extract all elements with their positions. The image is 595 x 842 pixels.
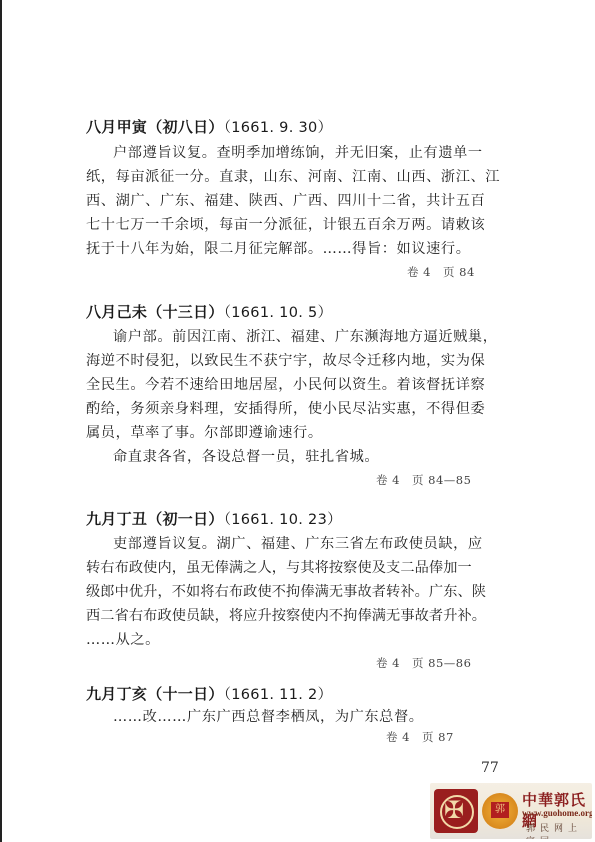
entry-heading: 八月己未（十三日）（1661. 10. 5） xyxy=(86,301,332,322)
entry-heading: 九月丁亥（十一日）（1661. 11. 2） xyxy=(86,683,332,704)
entry-line: 转右布政使内，虽无俸满之人，与其将按察使及支二品俸加一 xyxy=(86,557,472,577)
entry-line: 全民生。今若不速给田地居屋，小民何以资生。着该督抚详察 xyxy=(86,374,485,394)
watermark-url: www.guohome.org xyxy=(522,808,592,818)
entry-heading: 九月丁丑（初一日）（1661. 10. 23） xyxy=(86,508,342,529)
entry-heading: 八月甲寅（初八日）（1661. 9. 30） xyxy=(86,116,332,137)
entry-heading-date: （1661. 11. 2） xyxy=(224,687,333,703)
entry-heading-date: （1661. 10. 5） xyxy=(224,305,333,321)
watermark-tagline: 郭民网上家园 xyxy=(526,821,592,839)
entry-line: ……从之。 xyxy=(86,629,160,649)
entry-line: 吏部遵旨议复。湖广、福建、广东三省左布政使员缺，应 xyxy=(113,533,483,553)
entry-heading-date: （1661. 9. 30） xyxy=(224,120,333,136)
entry-heading-date: （1661. 10. 23） xyxy=(224,512,342,528)
scan-edge-line xyxy=(0,0,2,842)
entry-heading-label: 九月丁丑（初一日） xyxy=(86,510,224,528)
entry-line: 七十七万一千余顷，每亩一分派征，计银五百余万两。请敕该 xyxy=(86,214,485,234)
entry-heading-label: 九月丁亥（十一日） xyxy=(86,685,224,703)
source-citation: 卷 4 页 84 xyxy=(407,264,475,280)
entry-line: 谕户部。前因江南、浙江、福建、广东濒海地方逼近贼巢， xyxy=(113,326,497,346)
page-number: 77 xyxy=(481,760,499,776)
entry-line: 西、湖广、广东、福建、陕西、广西、四川十二省，共计五百 xyxy=(86,190,485,210)
round-seal-icon: 郭 xyxy=(482,793,518,829)
entry-line: 抚于十八年为始，限二月征完解部。……得旨：如议速行。 xyxy=(86,238,470,258)
source-citation: 卷 4 页 87 xyxy=(386,729,454,745)
entry-heading-label: 八月己未（十三日） xyxy=(86,303,224,321)
entry-line: 海逆不时侵犯，以致民生不获宁宇，故尽令迁移内地，实为保 xyxy=(86,350,485,370)
entry-line: 属员，草率了事。尔部即遵谕速行。 xyxy=(86,422,323,442)
entry-line: 户部遵旨议复。查明季加增练饷，并无旧案，止有遗单一 xyxy=(113,142,483,162)
entry-line: ……改……广东广西总督李栖凤，为广东总督。 xyxy=(113,706,424,726)
watermark-logo: 郭 中華郭氏網 www.guohome.org 郭民网上家园 xyxy=(430,783,592,839)
knot-seal-icon xyxy=(434,789,478,833)
entry-line: 西二省右布政使员缺，将应升按察使内不拘俸满无事故者升补。 xyxy=(86,605,486,625)
entry-line: 酌给，务须亲身料理，安插得所，使小民尽沾实惠，不得但委 xyxy=(86,398,485,418)
entry-line: 级郎中优升，不如将右布政使不拘俸满无事故者转补。广东、陕 xyxy=(86,581,486,601)
entry-line: 命直隶各省，各设总督一员，驻扎省城。 xyxy=(113,446,379,466)
source-citation: 卷 4 页 84—85 xyxy=(376,472,471,488)
entry-line: 纸，每亩派征一分。直隶，山东、河南、江南、山西、浙江、江 xyxy=(86,166,500,186)
entry-heading-label: 八月甲寅（初八日） xyxy=(86,118,224,136)
source-citation: 卷 4 页 85—86 xyxy=(376,655,471,671)
seal-text: 郭 xyxy=(491,802,509,818)
